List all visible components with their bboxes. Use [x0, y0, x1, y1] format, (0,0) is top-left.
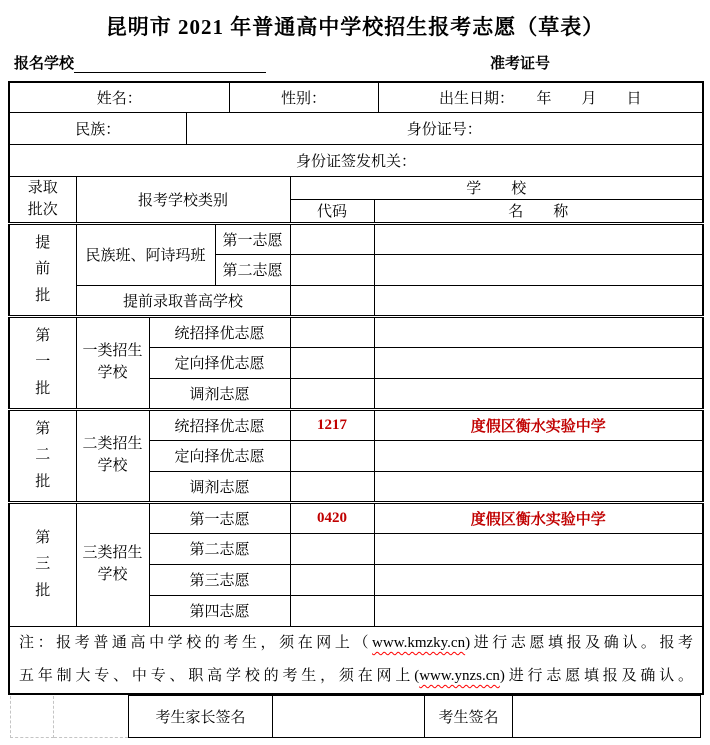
hidden-grid-cell	[11, 696, 54, 738]
code-cell[interactable]	[290, 347, 374, 378]
code-cell[interactable]	[290, 378, 374, 409]
top-fields-row: 报名学校 准考证号	[8, 52, 702, 75]
batch1-choice1-label-cell: 统招择优志愿	[149, 316, 290, 347]
name-cell[interactable]	[374, 223, 703, 254]
signature-row: 考生家长签名 考生签名	[11, 696, 701, 738]
early-batch-label-cell: 提前批	[9, 223, 76, 316]
note-text: )进行志愿填报及确认。	[500, 668, 693, 684]
early-batch-row-1: 提前批 民族班、阿诗玛班 第一志愿	[9, 223, 703, 254]
code-cell[interactable]	[290, 595, 374, 626]
note-line-2: 五年制大专、中专、职高学校的考生，须在网上(www.ynzs.cn)进行志愿填报…	[10, 660, 702, 693]
name-cell[interactable]	[374, 471, 703, 502]
name-cell[interactable]	[374, 285, 703, 316]
name-cell[interactable]	[374, 564, 703, 595]
code-cell[interactable]	[290, 471, 374, 502]
code-cell[interactable]	[290, 254, 374, 285]
batch1-label-cell: 第一批	[9, 316, 76, 409]
name-cell[interactable]	[374, 254, 703, 285]
application-table: 姓名： 性别： 出生日期： 年 月 日 民族： 身份证号： 身份证签发机关： 录…	[8, 81, 704, 695]
early-preadmit-label-cell: 提前录取普高学校	[76, 285, 290, 316]
report-school-fill-line[interactable]	[74, 55, 266, 73]
note-text: )进行志愿填报及确认。报考	[465, 635, 693, 651]
name-cell[interactable]	[374, 378, 703, 409]
info-row-1: 姓名： 性别： 出生日期： 年 月 日	[9, 82, 703, 112]
batch3-category-cell: 三类招生学校	[76, 502, 149, 626]
name-cell[interactable]	[374, 533, 703, 564]
batch2-choice1-label-cell: 统招择优志愿	[149, 409, 290, 440]
batch2-row-1: 第二批 二类招生学校 统招择优志愿 1217 度假区衡水实验中学	[9, 409, 703, 440]
code-cell[interactable]	[290, 533, 374, 564]
id-issuer-field-cell[interactable]: 身份证签发机关：	[9, 144, 703, 176]
batch2-category-cell: 二类招生学校	[76, 409, 149, 502]
note-line-1: 注：报考普通高中学校的考生，须在网上（www.kmzky.cn)进行志愿填报及确…	[10, 627, 702, 660]
batch1-choice3-label-cell: 调剂志愿	[149, 378, 290, 409]
note-text: 五年制大专、中专、职高学校的考生，须在网上(	[19, 668, 419, 684]
code-cell[interactable]	[290, 316, 374, 347]
note-text: 注：报考普通高中学校的考生，须在网上（	[19, 635, 372, 651]
batch3-choice2-label-cell: 第二志愿	[149, 533, 290, 564]
batch1-row-1: 第一批 一类招生学校 统招择优志愿	[9, 316, 703, 347]
batch2-choice3-label-cell: 调剂志愿	[149, 471, 290, 502]
note-cell: 注：报考普通高中学校的考生，须在网上（www.kmzky.cn)进行志愿填报及确…	[9, 626, 703, 694]
id-number-field-cell[interactable]: 身份证号：	[186, 112, 703, 144]
student-signature-label-cell: 考生签名	[425, 696, 513, 738]
code-header-cell: 代码	[290, 200, 374, 224]
batch1-category-cell: 一类招生学校	[76, 316, 149, 409]
name-cell[interactable]	[374, 347, 703, 378]
report-school-label: 报名学校	[14, 52, 74, 73]
gender-field-cell[interactable]: 性别：	[229, 82, 378, 112]
exam-no-label: 准考证号	[490, 52, 550, 73]
code-cell-filled[interactable]: 1217	[290, 409, 374, 440]
batch3-row-1: 第三批 三类招生学校 第一志愿 0420 度假区衡水实验中学	[9, 502, 703, 533]
parent-signature-label-cell: 考生家长签名	[129, 696, 273, 738]
code-cell-filled[interactable]: 0420	[290, 502, 374, 533]
early-choice1-label-cell: 第一志愿	[215, 223, 290, 254]
batch3-choice4-label-cell: 第四志愿	[149, 595, 290, 626]
early-category-cell: 民族班、阿诗玛班	[76, 223, 215, 285]
name-cell-filled[interactable]: 度假区衡水实验中学	[374, 502, 703, 533]
batch3-choice3-label-cell: 第三志愿	[149, 564, 290, 595]
info-row-3: 身份证签发机关：	[9, 144, 703, 176]
note-url-kmzky: www.kmzky.cn	[372, 635, 465, 651]
batch1-choice2-label-cell: 定向择优志愿	[149, 347, 290, 378]
category-header-cell: 报考学校类别	[76, 176, 290, 223]
student-signature-fill-cell[interactable]	[513, 696, 701, 738]
hidden-grid-cell	[54, 696, 129, 738]
note-url-ynzs: www.ynzs.cn	[419, 668, 500, 684]
page-title: 昆明市 2021 年普通高中学校招生报考志愿（草表）	[0, 0, 710, 41]
batch-header-cell: 录取批次	[9, 176, 76, 223]
school-header-cell: 学 校	[290, 176, 703, 200]
birth-date-field-cell[interactable]: 出生日期： 年 月 日	[378, 82, 703, 112]
name-field-cell[interactable]: 姓名：	[9, 82, 229, 112]
ethnic-field-cell[interactable]: 民族：	[9, 112, 186, 144]
code-cell[interactable]	[290, 285, 374, 316]
info-row-2: 民族： 身份证号：	[9, 112, 703, 144]
name-cell[interactable]	[374, 440, 703, 471]
code-cell[interactable]	[290, 440, 374, 471]
batch3-choice1-label-cell: 第一志愿	[149, 502, 290, 533]
batch2-choice2-label-cell: 定向择优志愿	[149, 440, 290, 471]
batch3-label-cell: 第三批	[9, 502, 76, 626]
code-cell[interactable]	[290, 223, 374, 254]
early-batch-row-3: 提前录取普高学校	[9, 285, 703, 316]
signature-table: 考生家长签名 考生签名	[10, 695, 701, 738]
form-page: 昆明市 2021 年普通高中学校招生报考志愿（草表） 报名学校 准考证号 姓名：…	[0, 0, 710, 745]
name-header-cell: 名 称	[374, 200, 703, 224]
batch2-label-cell: 第二批	[9, 409, 76, 502]
name-cell-filled[interactable]: 度假区衡水实验中学	[374, 409, 703, 440]
early-choice2-label-cell: 第二志愿	[215, 254, 290, 285]
name-cell[interactable]	[374, 595, 703, 626]
name-cell[interactable]	[374, 316, 703, 347]
note-row: 注：报考普通高中学校的考生，须在网上（www.kmzky.cn)进行志愿填报及确…	[9, 626, 703, 694]
parent-signature-fill-cell[interactable]	[273, 696, 425, 738]
code-cell[interactable]	[290, 564, 374, 595]
grid-header-row-1: 录取批次 报考学校类别 学 校	[9, 176, 703, 200]
